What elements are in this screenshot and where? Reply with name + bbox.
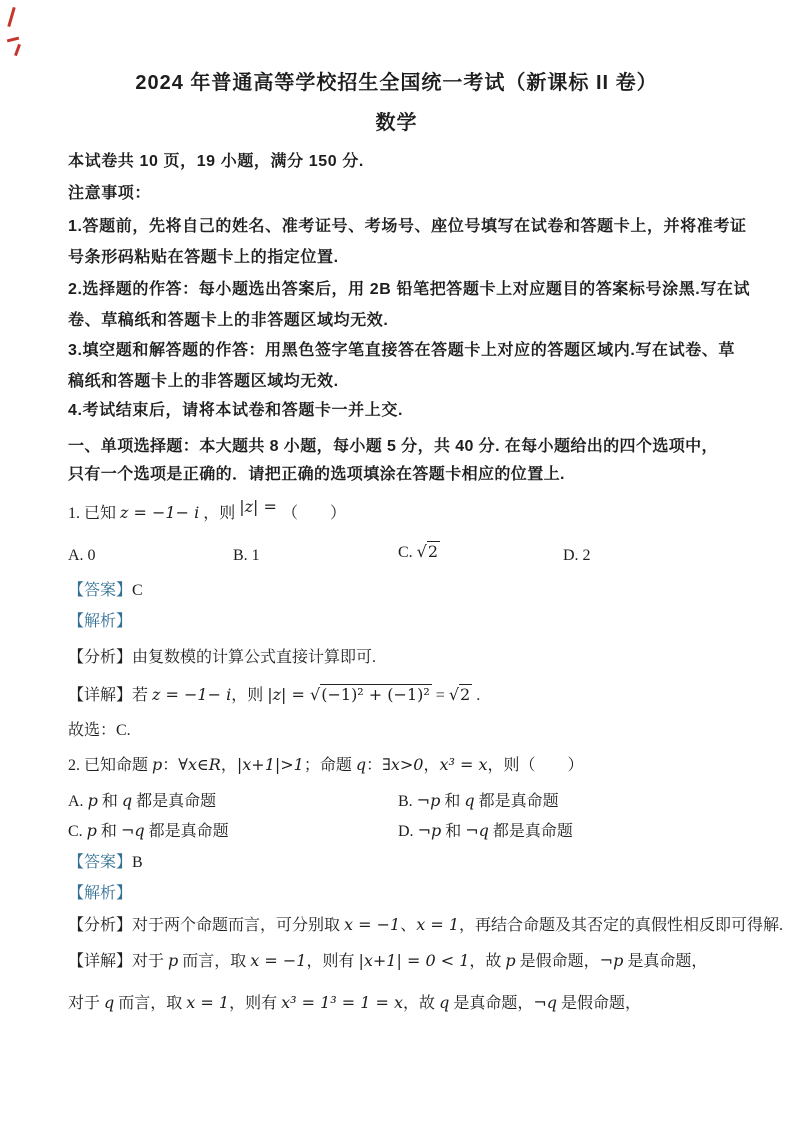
notice-line-7: 4.考试结束后，请将本试卷和答题卡一并上交. — [68, 400, 403, 422]
analysis-label: 【解析】 — [68, 613, 132, 630]
q1-option-c: C. √2 — [398, 541, 440, 564]
section1-heading-line-1: 一、单项选择题：本大题共 8 小题，每小题 5 分，共 40 分. 在每小题给出… — [68, 436, 718, 458]
q1-option-a: A. 0 — [68, 545, 96, 567]
notice-line-1: 1.答题前，先将自己的姓名、准考证号、考场号、座位号填写在试卷和答题卡上，并将准… — [68, 216, 747, 238]
paper-subject: 数学 — [0, 110, 793, 137]
q2-analysis-label-line: 【解析】 — [68, 883, 132, 905]
q1-analysis-label-line: 【解析】 — [68, 611, 132, 633]
exam-paper-page: 2024 年普通高等学校招生全国统一考试（新课标 II 卷） 数学 本试卷共 1… — [0, 0, 793, 1122]
q2-option-c: C. p 和 ¬q 都是真命题 — [68, 820, 229, 843]
notice-line-6: 稿纸和答题卡上的非答题区域均无效. — [68, 371, 339, 393]
answer-label: 【答案】 — [68, 582, 132, 599]
q1-option-b: B. 1 — [233, 545, 260, 567]
q2-option-a: A. p 和 q 都是真命题 — [68, 790, 216, 813]
q2-analysis: 【分析】对于两个命题而言，可分别取 x = −1、x = 1，再结合命题及其否定… — [68, 914, 783, 937]
q2-answer-line: 【答案】B — [68, 852, 143, 874]
answer-value: C — [132, 582, 143, 599]
red-scan-mark — [7, 37, 19, 43]
red-scan-mark — [7, 7, 15, 27]
answer-label: 【答案】 — [68, 854, 132, 871]
notice-line-4: 卷、草稿纸和答题卡上的非答题区域均无效. — [68, 310, 388, 332]
section1-heading-line-2: 只有一个选项是正确的．请把正确的选项填涂在答题卡相应的位置上. — [68, 464, 565, 486]
notice-line-2: 号条形码粘贴在答题卡上的指定位置. — [68, 247, 339, 269]
q1-detail: 【详解】若 z = −1− i，则 |z| = √(−1)² + (−1)² =… — [68, 684, 480, 707]
notice-line-3: 2.选择题的作答：每小题选出答案后，用 2B 铅笔把答题卡上对应题目的答案标号涂… — [68, 279, 750, 301]
q2-option-b: B. ¬p 和 q 都是真命题 — [398, 790, 559, 813]
q2-stem: 2. 已知命题 p：∀x∈R，|x+1|>1；命题 q：∃x>0，x³ = x，… — [68, 754, 584, 777]
q2-option-d: D. ¬p 和 ¬q 都是真命题 — [398, 820, 573, 843]
answer-value: B — [132, 854, 143, 871]
q1-analysis: 【分析】由复数模的计算公式直接计算即可. — [68, 647, 376, 669]
red-scan-mark — [14, 44, 21, 56]
notice-title: 注意事项： — [68, 183, 151, 205]
q1-stem: 1. 已知 z = −1− i ，则 |z| = （ ） — [68, 502, 346, 525]
notice-line-5: 3.填空题和解答题的作答：用黑色签字笔直接答在答题卡上对应的答题区域内.写在试卷… — [68, 340, 735, 362]
q1-answer-line: 【答案】C — [68, 580, 143, 602]
q1-conclusion: 故选：C. — [68, 720, 131, 742]
q2-detail-line-1: 【详解】对于 p 而言，取 x = −1，则有 |x+1| = 0 < 1，故 … — [68, 950, 707, 973]
q2-detail-line-2: 对于 q 而言，取 x = 1，则有 x³ = 1³ = 1 = x，故 q 是… — [68, 992, 641, 1015]
analysis-label: 【解析】 — [68, 885, 132, 902]
paper-info: 本试卷共 10 页，19 小题，满分 150 分. — [68, 151, 364, 173]
paper-title: 2024 年普通高等学校招生全国统一考试（新课标 II 卷） — [0, 70, 793, 97]
q1-option-d: D. 2 — [563, 545, 591, 567]
